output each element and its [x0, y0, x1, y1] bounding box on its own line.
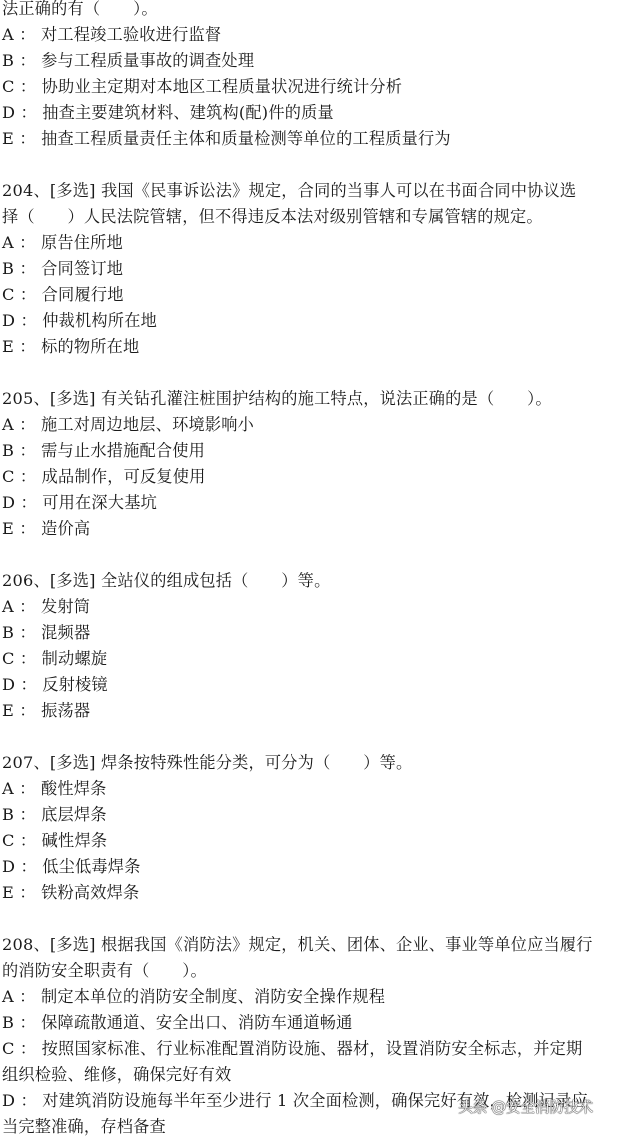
text-line: C ： 成品制作，可反复使用 — [2, 464, 617, 490]
text-line: 205、[多选] 有关钻孔灌注桩围护结构的施工特点，说法正确的是（ ）。 — [2, 386, 617, 412]
text-line: 206、[多选] 全站仪的组成包括（ ）等。 — [2, 568, 617, 594]
text-line: B ： 需与止水措施配合使用 — [2, 438, 617, 464]
text-line: A ： 原告住所地 — [2, 230, 617, 256]
text-line: E ： 铁粉高效焊条 — [2, 880, 617, 906]
text-line: A ： 制定本单位的消防安全制度、消防安全操作规程 — [2, 984, 617, 1010]
text-line: E ： 振荡器 — [2, 698, 617, 724]
blank-line — [2, 542, 617, 568]
text-line: 的消防安全职责有（ ）。 — [2, 958, 617, 984]
blank-line — [2, 360, 617, 386]
text-line: B ： 参与工程质量事故的调查处理 — [2, 48, 617, 74]
text-line: 择（ ）人民法院管辖，但不得违反本法对级别管辖和专属管辖的规定。 — [2, 204, 617, 230]
blank-line — [2, 724, 617, 750]
text-line: E ： 抽查工程质量责任主体和质量检测等单位的工程质量行为 — [2, 126, 617, 152]
text-line: A ： 施工对周边地层、环境影响小 — [2, 412, 617, 438]
text-line: A ： 发射筒 — [2, 594, 617, 620]
blank-line — [2, 152, 617, 178]
text-line: D ： 仲裁机构所在地 — [2, 308, 617, 334]
text-line: 204、[多选] 我国《民事诉讼法》规定，合同的当事人可以在书面合同中协议选 — [2, 178, 617, 204]
text-line: D ： 抽查主要建筑材料、建筑构(配)件的质量 — [2, 100, 617, 126]
text-line: 208、[多选] 根据我国《消防法》规定，机关、团体、企业、事业等单位应当履行 — [2, 932, 617, 958]
text-line: 组织检验、维修，确保完好有效 — [2, 1062, 617, 1088]
text-line: E ： 造价高 — [2, 516, 617, 542]
document-body: 法正确的有（ ）。A ： 对工程竣工验收进行监督B ： 参与工程质量事故的调查处… — [2, 0, 617, 1136]
text-line: C ： 协助业主定期对本地区工程质量状况进行统计分析 — [2, 74, 617, 100]
text-line: D ： 低尘低毒焊条 — [2, 854, 617, 880]
watermark: 头条 @安全消防技术 — [458, 1096, 593, 1117]
text-line: B ： 保障疏散通道、安全出口、消防车通道畅通 — [2, 1010, 617, 1036]
text-line: A ： 酸性焊条 — [2, 776, 617, 802]
text-line: B ： 底层焊条 — [2, 802, 617, 828]
text-line: E ： 标的物所在地 — [2, 334, 617, 360]
text-line: C ： 按照国家标准、行业标准配置消防设施、器材，设置消防安全标志，并定期 — [2, 1036, 617, 1062]
text-line: 法正确的有（ ）。 — [2, 0, 617, 22]
text-line: C ： 碱性焊条 — [2, 828, 617, 854]
text-line: A ： 对工程竣工验收进行监督 — [2, 22, 617, 48]
text-line: D ： 反射棱镜 — [2, 672, 617, 698]
blank-line — [2, 906, 617, 932]
text-line: 207、[多选] 焊条按特殊性能分类，可分为（ ）等。 — [2, 750, 617, 776]
text-line: B ： 混频器 — [2, 620, 617, 646]
text-line: B ： 合同签订地 — [2, 256, 617, 282]
text-line: 当完整准确，存档备查 — [2, 1114, 617, 1136]
text-line: C ： 合同履行地 — [2, 282, 617, 308]
text-line: C ： 制动螺旋 — [2, 646, 617, 672]
text-line: D ： 可用在深大基坑 — [2, 490, 617, 516]
